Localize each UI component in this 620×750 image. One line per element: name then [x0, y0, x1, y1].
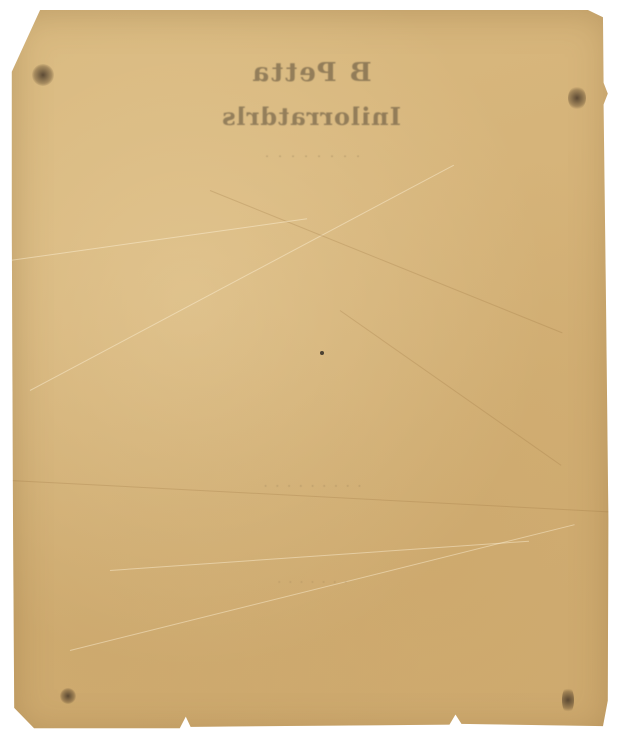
pinhole-stain	[60, 688, 76, 704]
pinhole-stain	[562, 686, 574, 714]
ink-speck	[320, 351, 324, 355]
showthrough-line: · · · · · · ·	[10, 578, 612, 587]
scan-background: B Petta Inilorratdrls · · · · · · · · · …	[0, 0, 620, 750]
paper-crease	[110, 541, 529, 571]
paper-crease	[340, 310, 562, 466]
showthrough-line: · · · · · · · · ·	[10, 482, 612, 492]
pinhole-stain	[32, 64, 54, 86]
showthrough-heading: B Petta	[10, 58, 612, 88]
showthrough-subheading: Inilorratdrls	[10, 102, 612, 131]
paper-crease	[210, 190, 563, 333]
paper-crease	[30, 165, 454, 391]
pinhole-stain	[568, 86, 586, 110]
aged-paper-sheet: B Petta Inilorratdrls · · · · · · · · · …	[10, 10, 612, 737]
showthrough-line: · · · · · · · ·	[10, 150, 612, 163]
paper-crease	[10, 218, 307, 261]
